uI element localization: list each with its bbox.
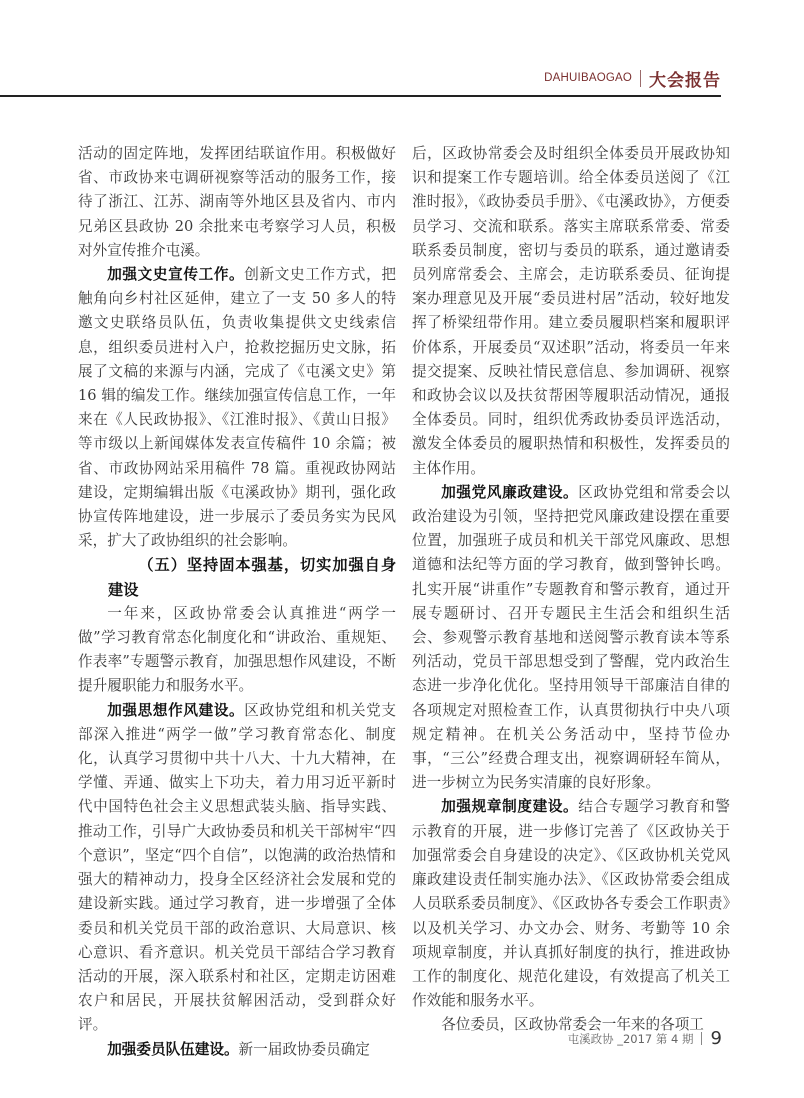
paragraph-lead: 加强委员队伍建设。 (107, 1041, 238, 1058)
paragraph-intro: 一年来，区政协常委会认真推进“两学一做”学习教育常态化制度化和“讲政治、重规矩、… (78, 602, 396, 699)
paragraph-lead: 加强思想作风建设。 (107, 702, 244, 719)
paragraph-lead: 加强规章制度建设。 (441, 798, 578, 815)
footer-divider (701, 1032, 702, 1045)
paragraph-body: 创新文史工作方式，把触角向乡村社区延伸，建立了一支 50 多人的特邀文史联络员队… (78, 266, 396, 549)
paragraph-body: 结合专题学习教育和警示教育的开展，进一步修订完善了《区政协关于加强常委会自身建设… (412, 798, 730, 1009)
paragraph-ideology: 加强思想作风建设。区政协党组和机关党支部深入推进“两学一做”学习教育常态化、制度… (78, 699, 396, 1038)
paragraph-continued: 活动的固定阵地，发挥团结联谊作用。积极做好省、市政协来屯调研视察等活动的服务工作… (78, 142, 396, 263)
section-heading: （五）坚持固本强基，切实加强自身建设 (78, 553, 396, 601)
paragraph-body: 新一届政协委员确定 (239, 1041, 370, 1058)
page-footer: 屯溪政协 _2017 第 4 期 9 (568, 1028, 722, 1049)
paragraph-integrity: 加强党风廉政建设。区政协党组和常委会以政治建设为引领，坚持把党风廉政建设摆在重要… (412, 481, 730, 796)
paragraph-body: 区政协党组和机关党支部深入推进“两学一做”学习教育常态化、制度化，认真学习贯彻中… (78, 702, 396, 1034)
paragraph-regulations: 加强规章制度建设。结合专题学习教育和警示教育的开展，进一步修订完善了《区政协关于… (412, 795, 730, 1013)
right-column: 后，区政协常委会及时组织全体委员开展政协知识和提案工作专题培训。给全体委员送阅了… (412, 142, 730, 1038)
section-name-chinese: 大会报告 (649, 66, 721, 91)
magazine-issue: 屯溪政协 _2017 第 4 期 (568, 1031, 694, 1047)
page-number: 9 (711, 1028, 722, 1049)
header-rule (0, 95, 721, 97)
paragraph-culture-history: 加强文史宣传工作。创新文史工作方式，把触角向乡村社区延伸，建立了一支 50 多人… (78, 263, 396, 553)
section-header: DAHUIBAOGAO 大会报告 (544, 66, 721, 90)
paragraph-members: 加强委员队伍建设。新一届政协委员确定 (78, 1038, 396, 1062)
paragraph-lead: 加强党风廉政建设。 (441, 484, 578, 501)
paragraph-continued: 后，区政协常委会及时组织全体委员开展政协知识和提案工作专题培训。给全体委员送阅了… (412, 142, 730, 481)
paragraph-body: 区政协党组和常委会以政治建设为引领，坚持把党风廉政建设摆在重要位置，加强班子成员… (412, 484, 730, 791)
left-column: 活动的固定阵地，发挥团结联谊作用。积极做好省、市政协来屯调研视察等活动的服务工作… (78, 142, 396, 1062)
paragraph-lead: 加强文史宣传工作。 (107, 266, 244, 283)
section-name-english: DAHUIBAOGAO (544, 72, 632, 84)
header-divider (640, 70, 641, 87)
